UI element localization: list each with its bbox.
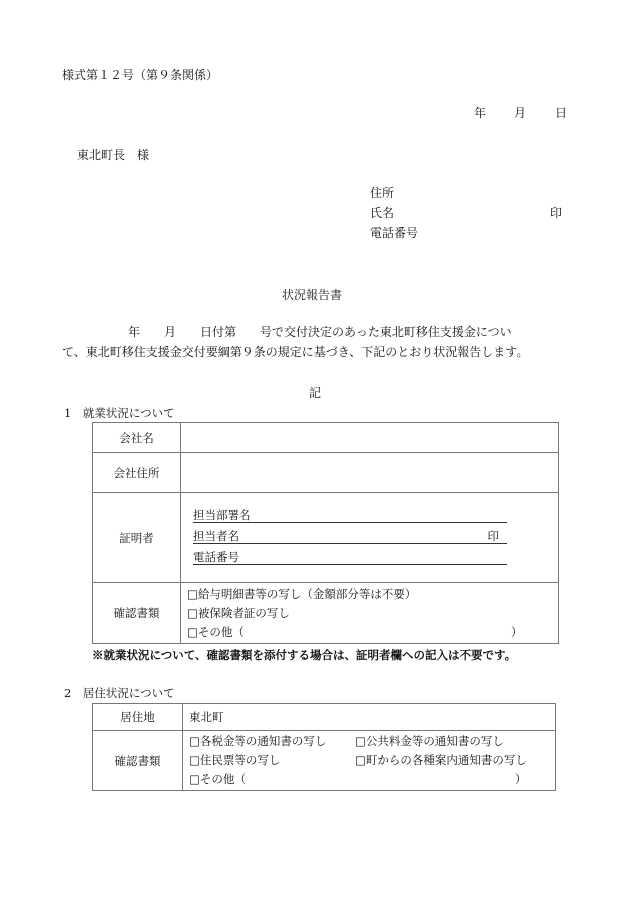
certifier-phone-label: 電話番号 — [193, 550, 239, 564]
company-name-field[interactable] — [181, 423, 559, 453]
residence-other-label: □その他（ — [189, 772, 246, 786]
checkbox-tax-notice[interactable]: □各税金等の通知書の写し — [189, 732, 355, 751]
addressee: 東北町長 様 — [77, 148, 149, 162]
other-close-paren: ） — [511, 623, 523, 642]
date-month-label: 月 — [514, 106, 526, 120]
applicant-address-label: 住所 — [370, 186, 394, 200]
certifier-phone-field[interactable]: 電話番号 — [193, 549, 507, 565]
residence-value[interactable]: 東北町 — [183, 704, 556, 731]
company-name-label: 会社名 — [93, 423, 181, 453]
certifier-label: 証明者 — [93, 493, 181, 583]
applicant-phone-label: 電話番号 — [370, 226, 418, 240]
person-field[interactable]: 担当者名 印 — [193, 528, 507, 544]
ki-label: 記 — [309, 386, 321, 400]
employment-note: ※就業状況について、確認書類を添付する場合は、証明者欄への記入は不要です。 — [92, 648, 516, 662]
documents-cell: □給与明細書等の写し（金額部分等は不要） □被保険者証の写し □その他（ ） — [181, 583, 559, 644]
checkbox-utility-notice[interactable]: □公共料金等の通知書の写し — [355, 732, 504, 751]
other-label: □その他（ — [187, 625, 244, 639]
company-address-label: 会社住所 — [93, 453, 181, 493]
checkbox-town-notice[interactable]: □町からの各種案内通知書の写し — [355, 751, 527, 770]
employment-table: 会社名 会社住所 証明者 担当部署名 担当者名 印 電話番号 確認書類 — [92, 422, 559, 644]
residence-table: 居住地 東北町 確認書類 □各税金等の通知書の写し □公共料金等の通知書の写し … — [92, 703, 556, 791]
date-year-label: 年 — [474, 106, 486, 120]
applicant-name-label: 氏名 — [370, 206, 394, 220]
department-field[interactable]: 担当部署名 — [193, 507, 507, 523]
checkbox-resident-record[interactable]: □住民票等の写し — [189, 751, 355, 770]
residence-other-close-paren: ） — [515, 770, 527, 789]
checkbox-pay-slip[interactable]: □給与明細書等の写し（金額部分等は不要） — [187, 585, 558, 604]
certifier-seal: 印 — [488, 528, 500, 544]
section2-heading: 2 居住状況について — [64, 686, 175, 700]
department-label: 担当部署名 — [193, 508, 251, 522]
residence-documents-label: 確認書類 — [93, 731, 183, 791]
form-number: 様式第１２号（第９条関係） — [62, 68, 218, 82]
date-day-label: 日 — [555, 106, 567, 120]
certifier-cell: 担当部署名 担当者名 印 電話番号 — [181, 493, 559, 583]
applicant-seal: 印 — [550, 206, 562, 220]
document-title: 状況報告書 — [282, 288, 342, 302]
documents-label: 確認書類 — [93, 583, 181, 644]
residence-label: 居住地 — [93, 704, 183, 731]
residence-documents-cell: □各税金等の通知書の写し □公共料金等の通知書の写し □住民票等の写し □町から… — [183, 731, 556, 791]
person-label: 担当者名 — [193, 529, 239, 543]
section1-heading: 1 就業状況について — [64, 406, 175, 420]
body-line-2: て、東北町移住支援金交付要綱第９条の規定に基づき、下記のとおり状況報告します。 — [62, 345, 528, 359]
company-address-field[interactable] — [181, 453, 559, 493]
checkbox-insurance-card[interactable]: □被保険者証の写し — [187, 604, 558, 623]
body-line-1: 年 月 日付第 号で交付決定のあった東北町移住支援金につい — [128, 325, 512, 339]
checkbox-residence-other[interactable]: □その他（ ） — [189, 770, 555, 789]
checkbox-other[interactable]: □その他（ ） — [187, 623, 558, 642]
